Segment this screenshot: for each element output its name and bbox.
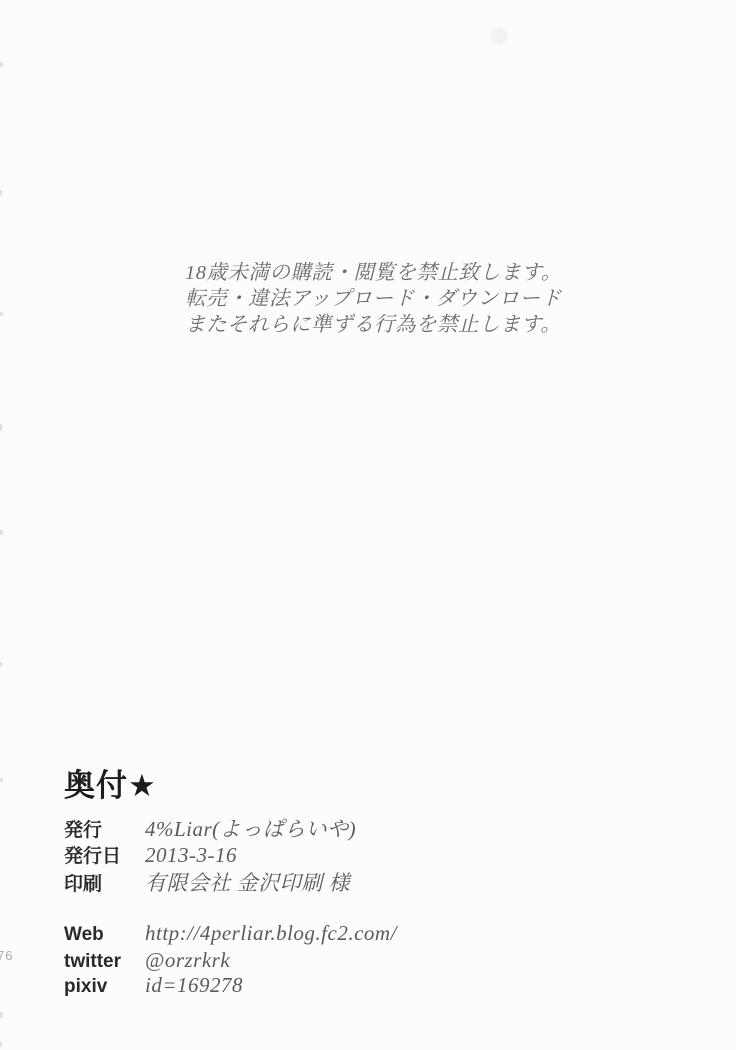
twitter-handle: @orzrkrk [145,948,230,972]
scan-speck [0,530,3,535]
publication-date-label: 発行日 [64,841,145,868]
scan-speck [0,1012,3,1018]
scanned-colophon-page: 18歳未満の購読・閲覧を禁止致します。 転売・違法アップロード・ダウンロード ま… [0,0,736,1050]
pixiv-label: pixiv [64,976,145,998]
publication-date-value: 2013-3-16 [145,843,237,867]
printer-label: 印刷 [64,869,145,896]
scan-speck [0,662,2,667]
age-restriction-warning: 18歳未満の購読・閲覧を禁止致します。 転売・違法アップロード・ダウンロード ま… [185,261,562,338]
scan-speck [0,1042,2,1047]
publication-date-row: 発行日2013-3-16 [64,841,237,868]
warning-line: またそれらに準ずる行為を禁止します。 [185,313,562,339]
colophon-heading: 奥付★ [64,760,157,805]
web-url: http://4perliar.blog.fc2.com/ [145,921,397,945]
printer-row: 印刷有限会社 金沢印刷 様 [64,867,350,897]
printer-value: 有限会社 金沢印刷 様 [145,871,350,895]
web-label: Web [64,924,145,946]
scan-speck [0,312,3,316]
scan-speck [0,190,2,196]
twitter-row: twitter@orzrkrk [64,948,230,973]
pixiv-id: id=169278 [145,973,243,997]
scan-smudge [490,28,508,44]
scan-speck [0,62,3,67]
publisher-value: 4%Liar(よっぱらいや) [145,817,356,841]
page-number: 76 [0,948,13,963]
publisher-row: 発行4%Liar(よっぱらいや) [64,813,356,843]
web-row: Webhttp://4perliar.blog.fc2.com/ [64,921,397,946]
warning-line: 転売・違法アップロード・ダウンロード [185,287,562,313]
scan-speck [0,424,2,431]
publisher-label: 発行 [64,815,145,842]
twitter-label: twitter [64,951,145,973]
scan-speck [0,778,3,782]
pixiv-row: pixivid=169278 [64,973,243,998]
warning-line: 18歳未満の購読・閲覧を禁止致します。 [185,261,562,287]
